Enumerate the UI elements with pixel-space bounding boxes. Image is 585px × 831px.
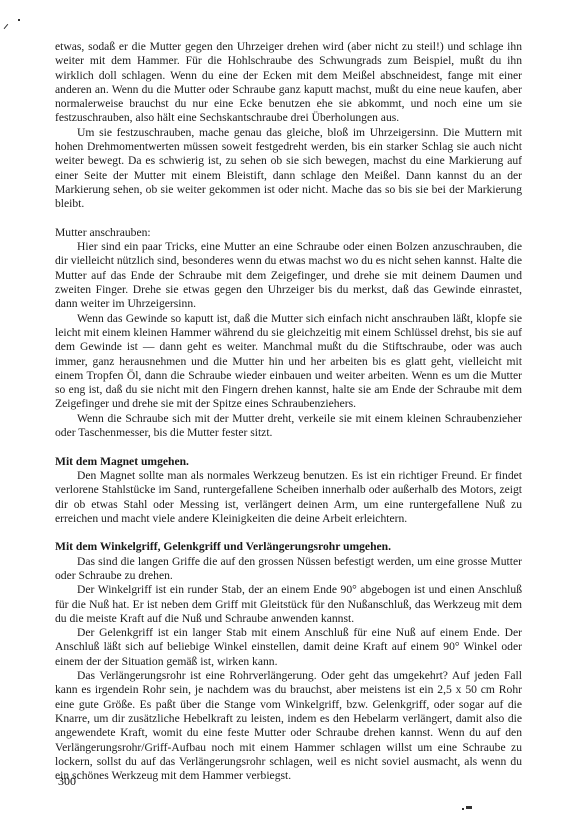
paragraph: Hier sind ein paar Tricks, eine Mutter a… bbox=[55, 240, 522, 311]
scan-artifact-mark bbox=[462, 808, 464, 810]
page-number: 300 bbox=[58, 774, 76, 789]
paragraph: Den Magnet sollte man als normales Werkz… bbox=[55, 469, 522, 526]
scan-artifact-mark bbox=[4, 24, 9, 29]
paragraph: Das sind die langen Griffe die auf den g… bbox=[55, 555, 522, 584]
paragraph: Wenn die Schraube sich mit der Mutter dr… bbox=[55, 412, 522, 441]
paragraph: Der Winkelgriff ist ein runder Stab, der… bbox=[55, 583, 522, 626]
paragraph: Wenn das Gewinde so kaputt ist, daß die … bbox=[55, 312, 522, 412]
paragraph-gap bbox=[55, 526, 522, 540]
paragraph: etwas, sodaß er die Mutter gegen den Uhr… bbox=[55, 40, 522, 126]
paragraph: Der Gelenkgriff ist ein langer Stab mit … bbox=[55, 626, 522, 669]
scan-artifact-mark bbox=[466, 806, 472, 809]
document-page-body: etwas, sodaß er die Mutter gegen den Uhr… bbox=[55, 40, 522, 783]
paragraph: Das Verlängerungsrohr ist eine Rohrverlä… bbox=[55, 669, 522, 783]
paragraph: Um sie festzuschrauben, mache genau das … bbox=[55, 126, 522, 212]
paragraph-gap bbox=[55, 440, 522, 454]
section-heading: Mit dem Magnet umgehen. bbox=[55, 455, 522, 469]
section-heading: Mit dem Winkelgriff, Gelenkgriff und Ver… bbox=[55, 540, 522, 554]
scan-artifact-mark bbox=[18, 19, 20, 21]
section-heading: Mutter anschrauben: bbox=[55, 226, 522, 240]
paragraph-gap bbox=[55, 212, 522, 226]
